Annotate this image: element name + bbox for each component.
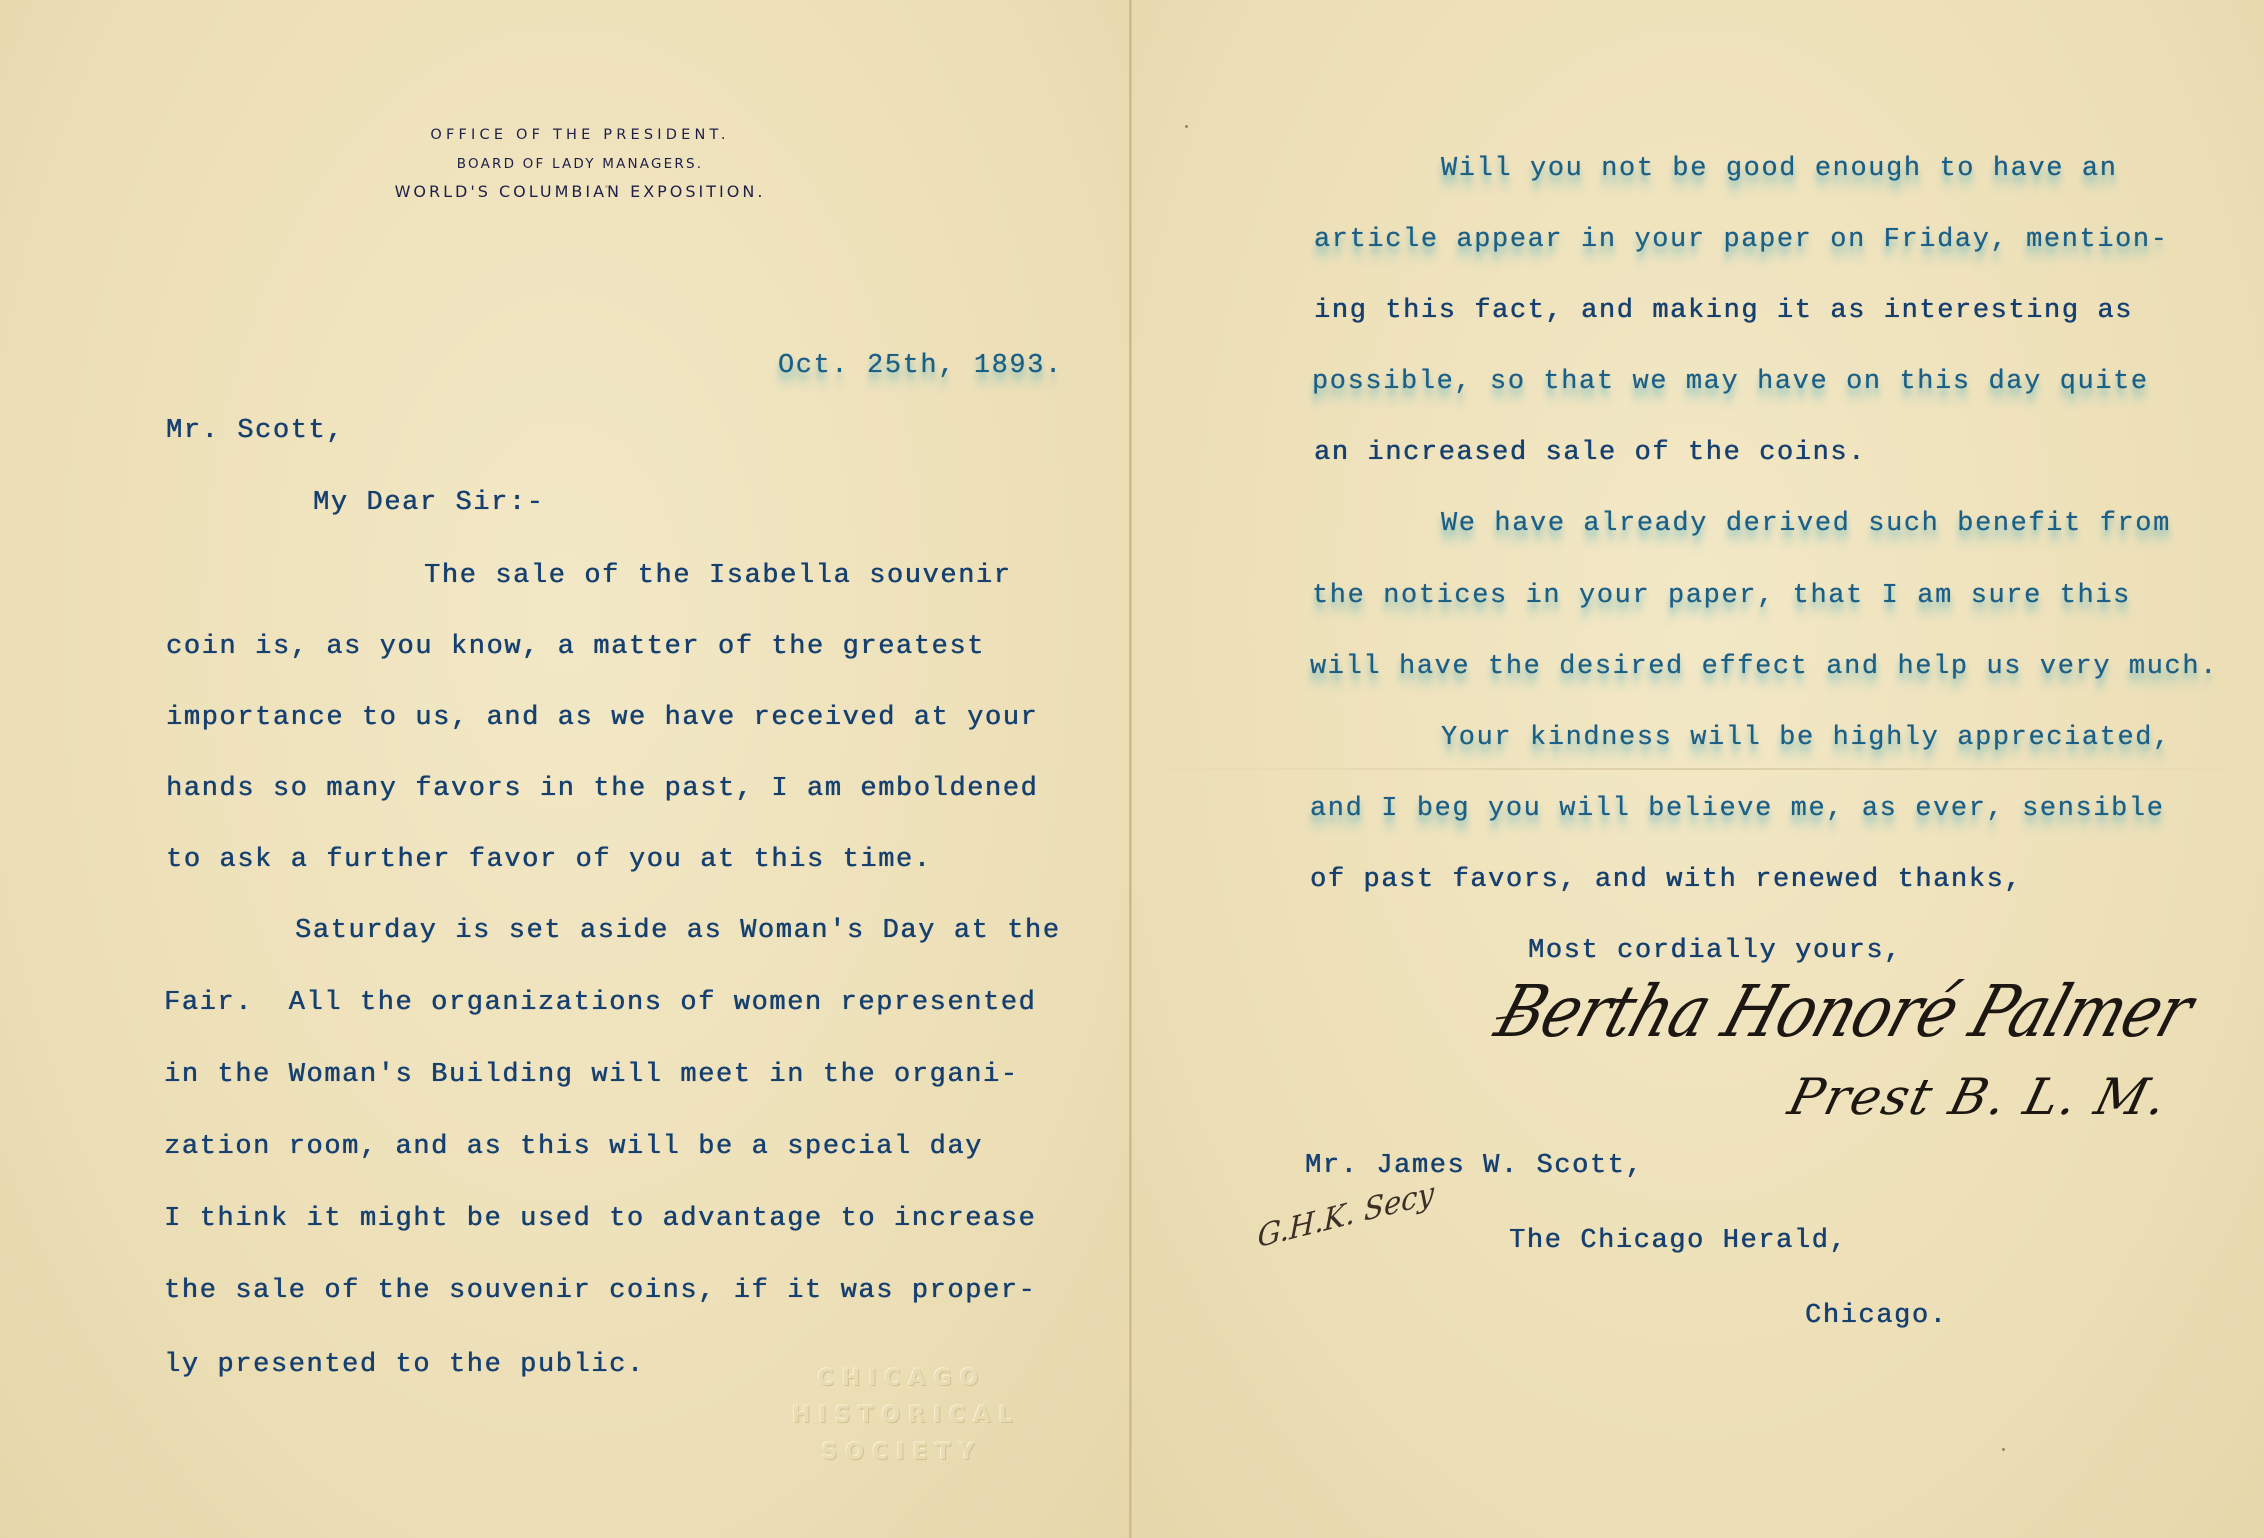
recipient-city: Chicago. (1805, 1303, 1947, 1330)
body-line: the sale of the souvenir coins, if it wa… (164, 1278, 1036, 1305)
body-line: to ask a further favor of you at this ti… (166, 847, 932, 874)
body-line: possible, so that we may have on this da… (1312, 369, 2149, 396)
paper-speck (605, 185, 608, 188)
letterhead-board: BOARD OF LADY MANAGERS. (330, 156, 830, 172)
paper-speck (2002, 1448, 2005, 1451)
recipient-organization: The Chicago Herald, (1509, 1228, 1847, 1255)
body-line: coin is, as you know, a matter of the gr… (166, 634, 985, 661)
letterhead-office: OFFICE OF THE PRESIDENT. (330, 127, 830, 143)
watermark-line: SOCIETY (792, 1440, 1012, 1465)
recipient-name: Mr. James W. Scott, (1305, 1153, 1643, 1180)
body-line: hands so many favors in the past, I am e… (166, 776, 1038, 803)
body-line: zation room, and as this will be a speci… (164, 1134, 983, 1161)
body-line: Fair. All the organizations of women rep… (164, 990, 1036, 1017)
horizontal-crease (1132, 768, 2264, 770)
body-line: will have the desired effect and help us… (1310, 654, 2218, 681)
paper-speck (1185, 125, 1188, 128)
body-line: the notices in your paper, that I am sur… (1312, 583, 2131, 610)
body-line: Your kindness will be highly appreciated… (1441, 725, 2171, 752)
closing: Most cordially yours, (1528, 938, 1902, 965)
letter-page-left (0, 0, 1130, 1538)
body-line: ing this fact, and making it as interest… (1314, 298, 2133, 325)
body-line: I think it might be used to advantage to… (164, 1206, 1036, 1233)
body-line: We have already derived such benefit fro… (1441, 511, 2171, 538)
watermark-line: HISTORICAL (792, 1403, 1012, 1428)
body-line: importance to us, and as we have receive… (166, 705, 1038, 732)
body-line: an increased sale of the coins. (1314, 440, 1866, 467)
signature-title: Prest B. L. M. (1783, 1068, 2175, 1126)
body-line: Saturday is set aside as Woman's Day at … (295, 918, 1061, 945)
body-line: in the Woman's Building will meet in the… (164, 1062, 1019, 1089)
salutation: My Dear Sir:- (313, 490, 544, 517)
body-line: ly presented to the public. (164, 1352, 645, 1379)
body-line: of past favors, and with renewed thanks, (1310, 867, 2022, 894)
body-line: article appear in your paper on Friday, … (1314, 227, 2169, 254)
letterhead-exposition: WORLD'S COLUMBIAN EXPOSITION. (330, 182, 830, 201)
watermark-line: CHICAGO (792, 1366, 1012, 1391)
body-line: Will you not be good enough to have an (1441, 156, 2118, 183)
letter-date: Oct. 25th, 1893. (778, 353, 1063, 380)
signature: Bertha Honoré Palmer (1486, 970, 2202, 1054)
body-line: The sale of the Isabella souvenir (424, 563, 1012, 590)
salutation-name: Mr. Scott, (166, 418, 344, 445)
body-line: and I beg you will believe me, as ever, … (1310, 796, 2165, 823)
